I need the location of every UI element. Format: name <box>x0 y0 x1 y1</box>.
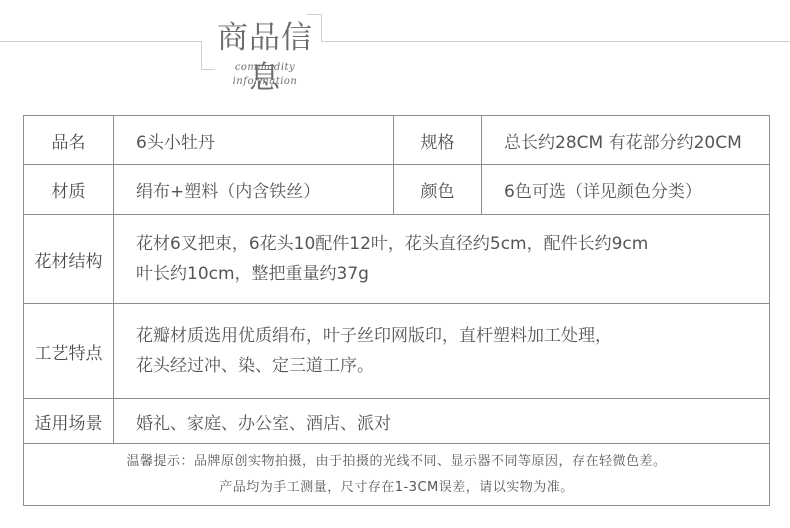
product-info-table: 品名 6头小牡丹 规格 总长约28CM 有花部分约20CM 材质 绢布+塑料（内… <box>23 115 770 506</box>
label-spec: 规格 <box>394 116 482 165</box>
section-subtitle: commodity information <box>214 61 316 89</box>
craft-line-2: 花头经过冲、染、定三道工序。 <box>136 351 769 381</box>
label-name: 品名 <box>24 116 114 165</box>
table-row: 品名 6头小牡丹 规格 总长约28CM 有花部分约20CM <box>24 116 770 165</box>
table-row: 材质 绢布+塑料（内含铁丝） 颜色 6色可选（详见颜色分类） <box>24 165 770 215</box>
value-material: 绢布+塑料（内含铁丝） <box>114 165 394 215</box>
table-row: 适用场景 婚礼、家庭、办公室、酒店、派对 <box>24 399 770 444</box>
label-usage: 适用场景 <box>24 399 114 444</box>
decor-line-right-drop <box>321 14 322 41</box>
value-craft: 花瓣材质选用优质绢布，叶子丝印网版印，直杆塑料加工处理， 花头经过冲、染、定三道… <box>114 304 770 399</box>
decor-line-left <box>0 41 202 42</box>
value-structure: 花材6叉把束，6花头10配件12叶，花头直径约5cm，配件长约9cm 叶长约10… <box>114 215 770 304</box>
warm-tip-line-1: 温馨提示：品牌原创实物拍摄，由于拍摄的光线不同、显示器不同等原因，存在轻微色差。 <box>24 449 769 475</box>
value-color: 6色可选（详见颜色分类） <box>482 165 770 215</box>
decor-line-left-foot <box>201 69 215 70</box>
table-row: 花材结构 花材6叉把束，6花头10配件12叶，花头直径约5cm，配件长约9cm … <box>24 215 770 304</box>
value-name: 6头小牡丹 <box>114 116 394 165</box>
warm-tip-line-2: 产品均为手工测量，尺寸存在1-3CM误差，请以实物为准。 <box>24 475 769 501</box>
warm-tip: 温馨提示：品牌原创实物拍摄，由于拍摄的光线不同、显示器不同等原因，存在轻微色差。… <box>24 444 770 506</box>
craft-line-1: 花瓣材质选用优质绢布，叶子丝印网版印，直杆塑料加工处理， <box>136 321 769 351</box>
decor-line-right <box>321 41 790 42</box>
label-craft: 工艺特点 <box>24 304 114 399</box>
table-row: 工艺特点 花瓣材质选用优质绢布，叶子丝印网版印，直杆塑料加工处理， 花头经过冲、… <box>24 304 770 399</box>
structure-line-2: 叶长约10cm，整把重量约37g <box>136 259 769 289</box>
value-usage: 婚礼、家庭、办公室、酒店、派对 <box>114 399 770 444</box>
decor-line-right-top <box>307 14 322 15</box>
label-structure: 花材结构 <box>24 215 114 304</box>
value-spec: 总长约28CM 有花部分约20CM <box>482 116 770 165</box>
table-row-note: 温馨提示：品牌原创实物拍摄，由于拍摄的光线不同、显示器不同等原因，存在轻微色差。… <box>24 444 770 506</box>
structure-line-1: 花材6叉把束，6花头10配件12叶，花头直径约5cm，配件长约9cm <box>136 229 769 259</box>
decor-line-left-drop <box>201 41 202 69</box>
label-color: 颜色 <box>394 165 482 215</box>
label-material: 材质 <box>24 165 114 215</box>
section-header: 商品信息 commodity information <box>0 0 790 100</box>
